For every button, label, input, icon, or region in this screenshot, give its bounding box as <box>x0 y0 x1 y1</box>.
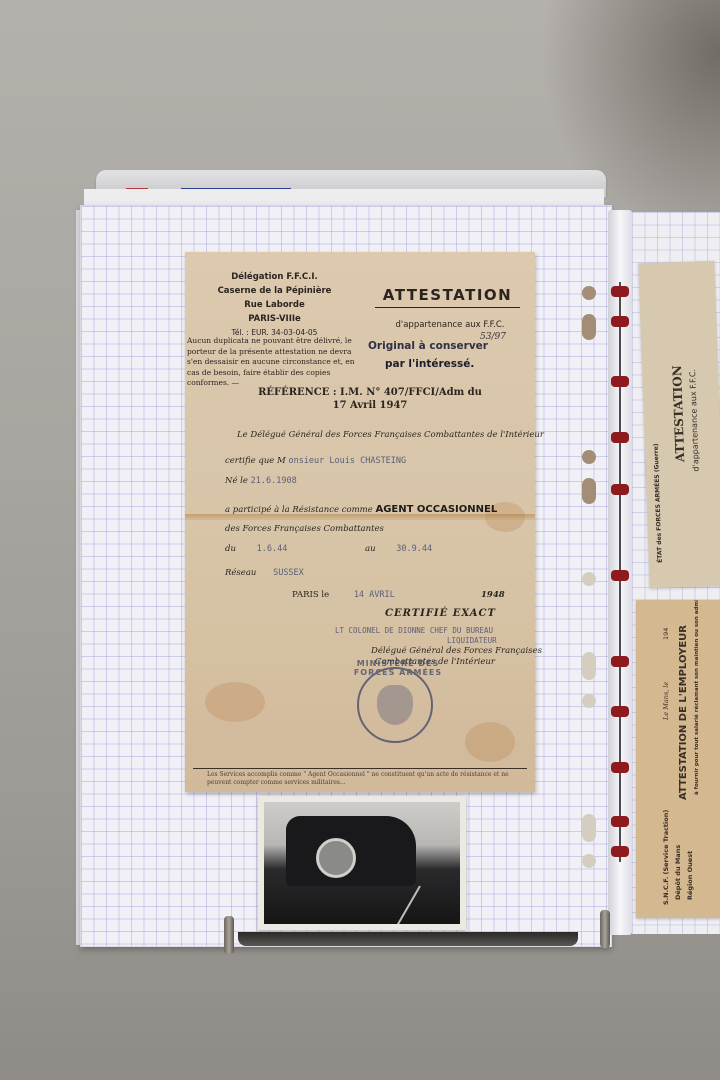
participation-row: a participé à la Résistance comme AGENT … <box>225 504 497 515</box>
facing-doc-subtitle: d'appartenance aux F.F.C. <box>688 369 701 472</box>
attestation-document: Délégation F.F.C.I. Caserne de la Pépini… <box>185 252 535 792</box>
binding-ring <box>611 316 629 327</box>
footer-rule <box>193 768 527 769</box>
issuer-line: Rue Laborde <box>197 298 352 312</box>
binding-ring <box>611 376 629 387</box>
to-label: au <box>365 544 376 554</box>
issuer-line: Caserne de la Pépinière <box>197 284 352 298</box>
certifie-label: certifie que M <box>225 456 286 466</box>
binding-ring <box>611 432 629 443</box>
certifie-row: certifie que M onsieur Louis CHASTEING <box>225 456 406 466</box>
stamp-original: Original à conserver <box>368 340 488 352</box>
issuer-address: Délégation F.F.C.I. Caserne de la Pépini… <box>197 270 352 340</box>
issue-date: 14 AVRIL <box>354 590 395 600</box>
participation-role: AGENT OCCASIONNEL <box>375 504 497 515</box>
employer-doc-subtitle: à fournir pour tout salarié réclamant so… <box>694 600 700 795</box>
binding-ring <box>611 762 629 773</box>
punch-hole <box>582 478 596 504</box>
issue-year: 1948 <box>481 590 505 600</box>
rail-track <box>389 886 421 924</box>
participation-label: a participé à la Résistance comme <box>225 505 373 515</box>
network-label: Réseau <box>225 568 256 578</box>
seal-emblem <box>377 685 413 725</box>
birth-label: Né le <box>225 476 248 486</box>
stand-peg-left <box>224 916 234 954</box>
issuer-line: PARIS-VIIIe <box>197 312 352 326</box>
employer-doc-region: Région Ouest <box>686 851 694 900</box>
steam-locomotive <box>286 816 416 886</box>
employer-doc-place: Le Mans, le <box>662 682 670 720</box>
reference-line: RÉFÉRENCE : I.M. N° 407/FFCI/Adm du <box>225 386 515 399</box>
employer-doc-depot: Dépôt du Mans <box>674 845 682 900</box>
network-name: SUSSEX <box>273 568 304 578</box>
binding-ring <box>611 846 629 857</box>
document-title: ATTESTATION <box>375 286 520 308</box>
from-row: du 1.6.44 <box>225 544 287 554</box>
ministry-seal: MINISTÈRE DES FORCES ARMÉES <box>357 667 433 743</box>
reference: RÉFÉRENCE : I.M. N° 407/FFCI/Adm du 17 A… <box>225 386 515 412</box>
to-date: 30.9.44 <box>396 544 432 554</box>
issuer-line: Délégation F.F.C.I. <box>197 270 352 284</box>
facing-doc-title: ATTESTATION <box>670 365 687 462</box>
network-row: Réseau SUSSEX <box>225 568 304 578</box>
document-subtitle: d'appartenance aux F.F.C. <box>375 320 525 330</box>
punch-hole <box>582 286 596 300</box>
punch-hole <box>582 694 596 708</box>
facing-attestation-document: ÉTAT des FORCES ARMÉES (Guerre) ATTESTAT… <box>638 261 720 588</box>
photo-subject: steam-locomotive-photo <box>258 796 259 797</box>
binding-ring <box>611 286 629 297</box>
birth-date: 21.6.1908 <box>251 476 297 486</box>
binding-ring <box>611 484 629 495</box>
place-date-row: PARIS le 14 AVRIL <box>292 590 395 600</box>
smokebox-door <box>316 838 356 878</box>
punch-hole <box>582 814 596 842</box>
stand-peg-right <box>600 910 610 948</box>
employer-doc-title: ATTESTATION DE L'EMPLOYEUR <box>678 625 689 800</box>
punch-hole <box>582 854 596 868</box>
punch-holes <box>582 280 602 880</box>
binding-ring <box>611 570 629 581</box>
reference-date: 17 Avril 1947 <box>225 399 515 412</box>
punch-hole <box>582 572 596 586</box>
certified-exact: CERTIFIÉ EXACT <box>385 608 496 619</box>
punch-hole <box>582 652 596 680</box>
birth-row: Né le 21.6.1908 <box>225 476 297 486</box>
to-row: au 30.9.44 <box>365 544 432 554</box>
employer-attestation-document: S.N.C.F. (Service Traction) Dépôt du Man… <box>636 600 720 918</box>
footer-note: Les Services accomplis comme " Agent Occ… <box>207 771 527 787</box>
forces-line: des Forces Françaises Combattantes <box>225 524 384 534</box>
binding-ring <box>611 706 629 717</box>
duplicate-notice: Aucun duplicata ne pouvant être délivré,… <box>187 336 355 389</box>
paper-stain <box>205 682 265 722</box>
stamp-interesse: par l'intéressé. <box>385 358 474 370</box>
signatory-typed-2: LIQUIDATEUR <box>447 636 497 645</box>
seal-text: MINISTÈRE DES FORCES ARMÉES <box>353 659 443 677</box>
binding-ring <box>611 816 629 827</box>
binding-ring <box>611 656 629 667</box>
from-label: du <box>225 544 236 554</box>
locomotive-photo: steam-locomotive-photo <box>258 796 466 930</box>
person-name: onsieur Louis CHASTEING <box>288 456 406 466</box>
binder-scene: ÉTAT des FORCES ARMÉES (Guerre) ATTESTAT… <box>0 0 720 1080</box>
signatory-typed: LT COLONEL DE DIONNE CHEF DU BUREAU <box>335 626 493 635</box>
facing-doc-header: ÉTAT des FORCES ARMÉES (Guerre) <box>653 443 664 563</box>
paper-stain <box>465 722 515 762</box>
place-label: PARIS le <box>292 590 329 600</box>
employer-doc-org: S.N.C.F. (Service Traction) <box>662 810 670 905</box>
intro-text: Le Délégué Général des Forces Françaises… <box>237 430 544 440</box>
signatory-title: Délégué Général des Forces Françaises <box>371 646 542 656</box>
punch-hole <box>582 314 596 340</box>
from-date: 1.6.44 <box>257 544 288 554</box>
punch-hole <box>582 450 596 464</box>
employer-doc-year: 194 <box>662 628 670 640</box>
stand-base <box>238 932 578 946</box>
photo-image <box>264 802 460 924</box>
